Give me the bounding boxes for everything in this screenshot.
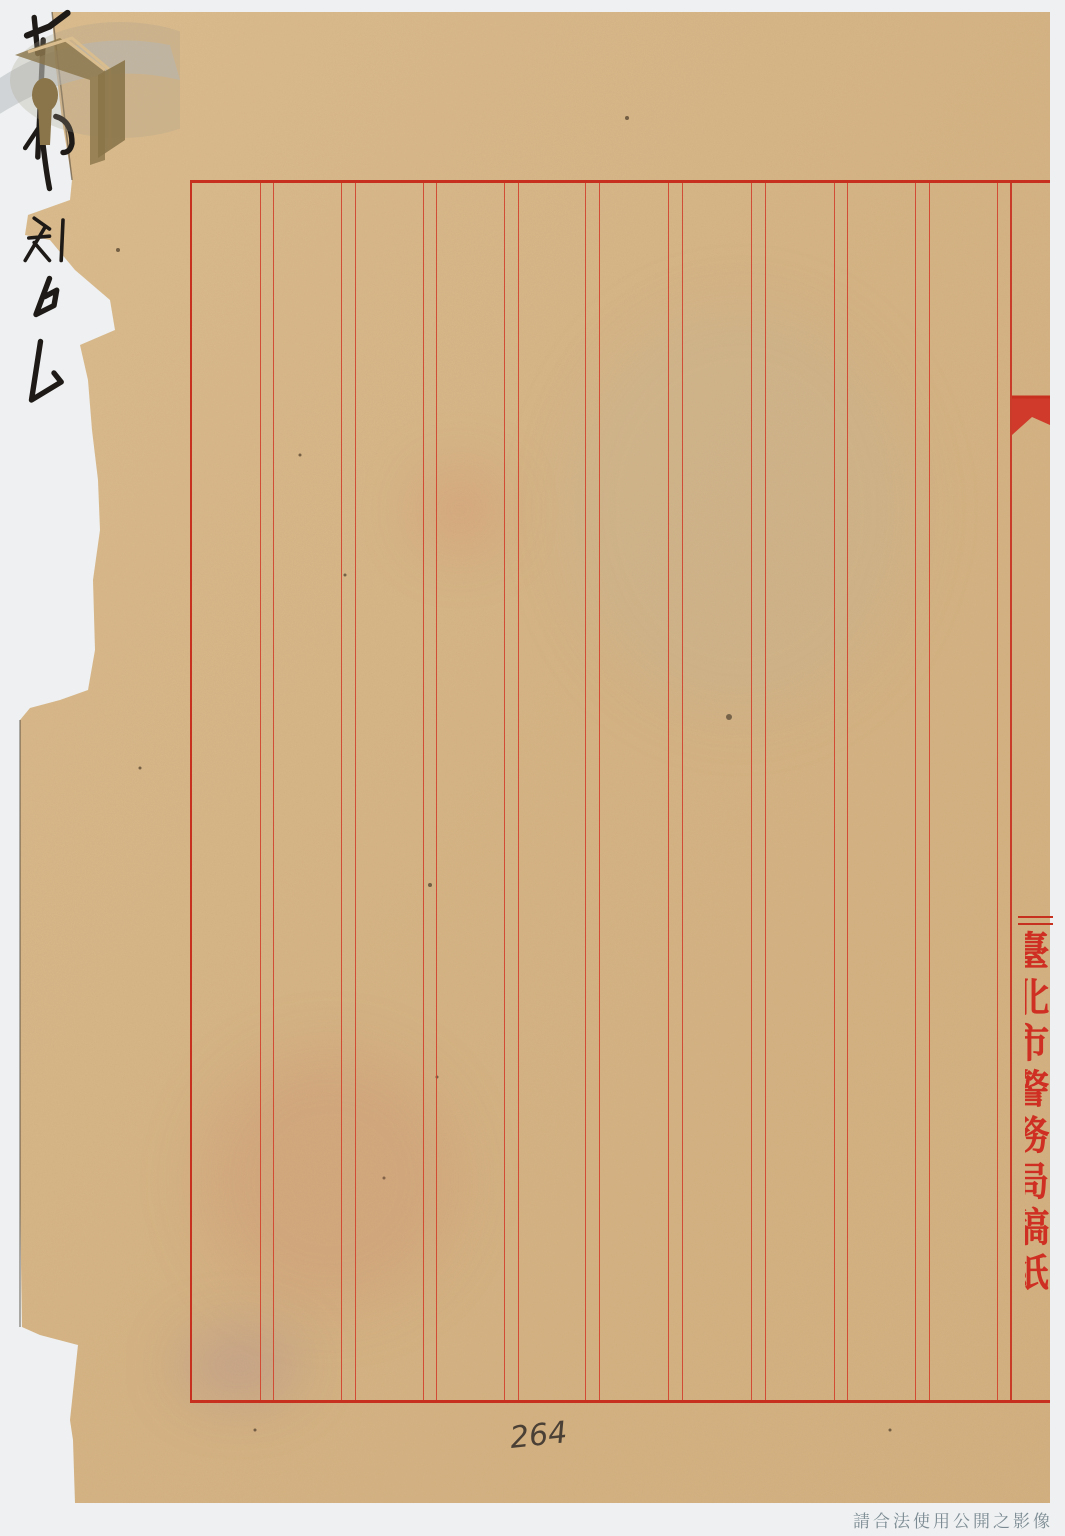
rule-line [997,183,998,1400]
rule-line [915,183,916,1400]
rule-line [599,183,600,1400]
rule-line [355,183,356,1400]
rule-line [504,183,505,1400]
rule-line [847,183,848,1400]
office-title: 臺北市警務局稿紙 [1025,930,1055,1330]
rule-line [1010,183,1012,1400]
rule-line [834,183,835,1400]
usage-notice-watermark: 請合法使用公開之影像 [853,1507,1053,1532]
rule-line [341,183,342,1400]
archive-watermark-logo-icon [0,0,180,170]
title-rule [1018,915,1053,927]
page-number: 264 [508,1415,569,1456]
rule-line [423,183,424,1400]
document-page: 臺北市警務局稿紙 264 [0,0,1065,1536]
ruled-grid [190,180,1050,1403]
rule-line [668,183,669,1400]
rule-line [751,183,752,1400]
header-ornament-icon [1010,395,1055,445]
rule-line [260,183,261,1400]
rule-line [765,183,766,1400]
rule-line [682,183,683,1400]
rule-line [585,183,586,1400]
rule-line [436,183,437,1400]
rule-line [273,183,274,1400]
rule-line [518,183,519,1400]
rule-line [929,183,930,1400]
